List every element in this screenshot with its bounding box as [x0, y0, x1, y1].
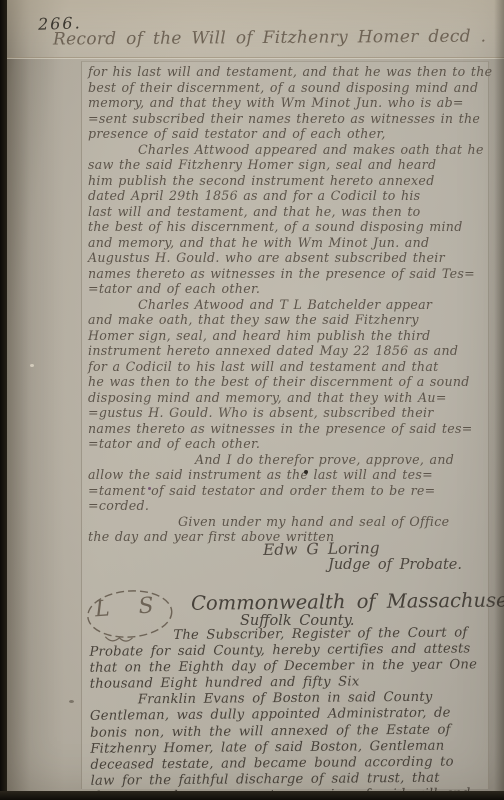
text-line: saw the said Fitzhenry Homer sign, seal … — [88, 157, 486, 173]
text-line: for his last will and testament, and tha… — [88, 64, 486, 80]
text-line: names thereto as witnesses in the presen… — [88, 266, 486, 282]
text-line: Given under my hand and seal of Office — [88, 514, 486, 530]
text-line: and make oath, that they saw the said Fi… — [88, 312, 486, 328]
text-line: =tator and of each other. — [88, 281, 486, 297]
text-line: =tator and of each other. — [88, 436, 486, 452]
text-line: Charles Atwood and T L Batchelder appear — [88, 297, 486, 313]
text-line: Augustus H. Gould. who are absent subscr… — [88, 250, 486, 266]
text-line: disposing mind and memory, and that they… — [88, 390, 486, 406]
document-photo: 266. Record of the Will of Fitzhenry Hom… — [0, 0, 504, 800]
text-line: dated April 29th 1856 as and for a Codic… — [88, 188, 486, 204]
ink-speck — [148, 487, 151, 490]
photo-edge-left — [0, 0, 7, 800]
certificate-heading: Commonwealth of Massachusetts — [191, 588, 504, 615]
paper-fleck — [30, 364, 34, 367]
text-line: And I do therefor prove, approve, and — [88, 452, 486, 468]
judge-signature-title: Judge of Probate. — [328, 557, 462, 573]
judge-signature-name: Edw G Loring — [263, 539, 380, 559]
text-line: him publish the second instrument hereto… — [88, 173, 486, 189]
text-line: Homer sign, seal, and heard him publish … — [88, 328, 486, 344]
record-text-block: for his last will and testament, and tha… — [88, 64, 486, 545]
text-line: and memory, and that he with Wm Minot Ju… — [88, 235, 486, 251]
text-line: names thereto as witnesses in the presen… — [88, 421, 486, 437]
photo-edge-bottom — [0, 791, 504, 800]
text-line: best of their discernment, of a sound di… — [88, 80, 486, 96]
text-line: he was then to the best of their discern… — [88, 374, 486, 390]
text-line: memory, and that they with Wm Minot Jun.… — [88, 95, 486, 111]
text-line: Charles Attwood appeared and makes oath … — [88, 142, 486, 158]
header-band: 266. Record of the Will of Fitzhenry Hom… — [7, 0, 504, 58]
text-line: =gustus H. Gould. Who is absent, subscri… — [88, 405, 486, 421]
text-line: =corded. — [88, 498, 486, 514]
text-line: instrument hereto annexed dated May 22 1… — [88, 343, 486, 359]
record-title: Record of the Will of Fitzhenry Homer de… — [53, 26, 486, 49]
photo-edge-right — [494, 0, 504, 791]
text-line: for a Codicil to his last will and testa… — [88, 359, 486, 375]
ink-speck — [304, 470, 308, 474]
text-line: =sent subscribed their names thereto as … — [88, 111, 486, 127]
text-line: last will and testament, and that he, wa… — [88, 204, 486, 220]
binding-gutter-shadow — [7, 0, 65, 791]
text-line: =tament of said testator and order them … — [88, 483, 486, 499]
text-line: the best of his discernment, of a sound … — [88, 219, 486, 235]
ledger-page: 266. Record of the Will of Fitzhenry Hom… — [7, 0, 504, 791]
text-line: presence of said testator and of each ot… — [88, 126, 486, 142]
text-line: allow the said instrument as the last wi… — [88, 467, 486, 483]
certificate-text-block: The Subscriber, Register of the Court of… — [89, 625, 489, 800]
ink-speck — [69, 700, 74, 703]
